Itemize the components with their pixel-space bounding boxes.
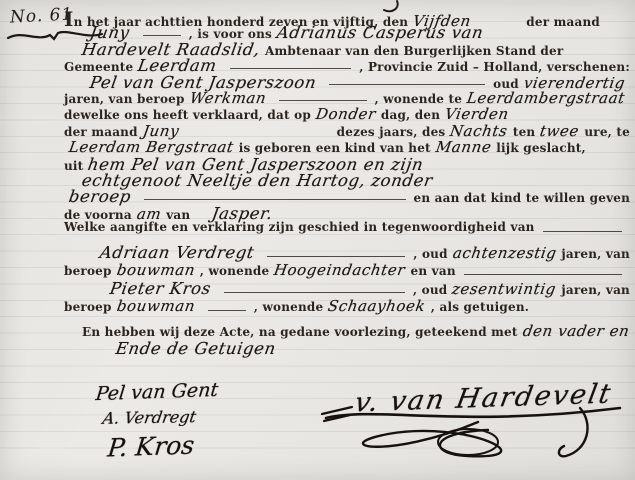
printed-text: beroep	[64, 264, 112, 278]
handwritten-birthplace: Leerdam Bergstraat	[68, 138, 236, 156]
printed-text: ten	[513, 125, 536, 139]
printed-text: dag, den	[381, 108, 440, 122]
printed-text: En hebben wij deze Acte, na gedane voorl…	[82, 325, 518, 339]
printed-text: dezes jaars, des	[337, 125, 446, 139]
act-line: de voorna am van Jasper.	[64, 204, 630, 220]
printed-text: Ambtenaar van den Burgerlijken Stand der	[265, 44, 563, 58]
handwritten-registrar-name: Adrianus Casperus van	[276, 23, 485, 42]
printed-text: , oud	[413, 247, 447, 261]
handwritten-occupation: bouwman	[115, 261, 196, 279]
handwritten-age: achtenzestig	[451, 244, 558, 262]
printed-text: jaren, van	[561, 247, 630, 261]
printed-text: , Provincie Zuid – Holland, verschenen:	[359, 60, 630, 74]
act-line: Pieter Kros , oud zesentwintig jaren, va…	[64, 279, 630, 297]
handwritten-occupation: Werkman	[188, 89, 267, 107]
printed-text: der maand	[526, 15, 600, 29]
handwritten-witness-name: Pieter Kros	[108, 279, 212, 298]
printed-text: en aan dat kind te willen geven	[414, 191, 631, 205]
printed-text: ure, te	[584, 125, 630, 139]
act-line: dewelke ons heeft verklaard, dat op Dond…	[64, 105, 630, 121]
handwritten-mother: echtgenoot Neeltje den Hartog, zonder	[80, 171, 434, 190]
handwritten-occupation: bouwman	[115, 297, 196, 315]
handwritten-hour: twee	[539, 122, 581, 140]
printed-text: jaren, van beroep	[64, 92, 185, 106]
handwritten-weekday: Donder	[314, 105, 377, 123]
signature-declarant: Pel van Gent	[95, 379, 220, 405]
handwritten-residence: Schaayhoek	[327, 297, 427, 315]
act-line: uit hem Pel van Gent Jasperszoon en zijn	[64, 155, 630, 171]
act-line: beroep bouwman , wonende Hoogeindachter …	[64, 261, 630, 279]
handwritten-occupation: beroep	[67, 187, 132, 206]
signature-witness-2: P. Kros	[106, 431, 196, 463]
act-line: En hebben wij deze Acte, na gedane voorl…	[64, 322, 630, 338]
act-line: Hardevelt Raadslid, Ambtenaar van den Bu…	[64, 40, 630, 56]
handwritten-age: zesentwintig	[451, 280, 558, 298]
handwritten-witness-name: Adriaan Verdregt	[98, 243, 255, 262]
handwritten-text: den vader en	[521, 322, 630, 340]
handwritten-gender: Manne	[434, 138, 492, 156]
printed-text: lijk geslacht,	[496, 141, 586, 155]
printed-text: dewelke ons heeft verklaard, dat op	[64, 108, 311, 122]
printed-text: , wonende te	[375, 92, 463, 106]
printed-text: , oud	[413, 283, 447, 297]
printed-text: beroep	[64, 300, 112, 314]
handwritten-child-name: Jasper.	[211, 204, 275, 223]
act-body: In het jaar achttien honderd zeven en vi…	[64, 7, 630, 355]
printed-text: jaren, van	[561, 283, 630, 297]
handwritten-text: Ende de Getuigen	[114, 339, 277, 358]
act-line: echtgenoot Neeltje den Hartog, zonder	[64, 171, 630, 187]
act-line: beroep bouwman , wonende Schaayhoek , al…	[64, 297, 630, 315]
act-line: Leerdam Bergstraat is geboren een kind v…	[64, 138, 630, 154]
act-line: Gemeente Leerdam , Provincie Zuid – Holl…	[64, 56, 630, 72]
birth-certificate-scan: No. 61 In het jaar achttien honderd zeve…	[0, 0, 635, 480]
printed-text: , als getuigen.	[431, 300, 529, 314]
printed-text: en van	[411, 264, 456, 278]
act-line: Ende de Getuigen	[64, 339, 630, 355]
act-line: der maand Juny dezes jaars, des Nachts t…	[64, 122, 630, 138]
act-line: Adriaan Verdregt , oud achtenzestig jare…	[64, 243, 630, 261]
act-line: Pel van Gent Jasperszoon oud vierenderti…	[64, 73, 630, 89]
printed-text: , wonende	[200, 264, 270, 278]
signature-witness-1: A. Verdregt	[101, 407, 197, 428]
signature-registrar: v. van Hardevelt	[352, 379, 614, 419]
handwritten-date: Vierden	[444, 105, 511, 123]
printed-text: uit	[64, 159, 83, 173]
printed-text: is geboren een kind van het	[239, 141, 431, 155]
act-line: In het jaar achttien honderd zeven en vi…	[64, 7, 630, 23]
printed-text: der maand	[64, 125, 138, 139]
handwritten-text: am	[135, 205, 162, 223]
handwritten-residence: Hoogeindachter	[273, 261, 407, 279]
printed-text: , wonende	[254, 300, 324, 314]
